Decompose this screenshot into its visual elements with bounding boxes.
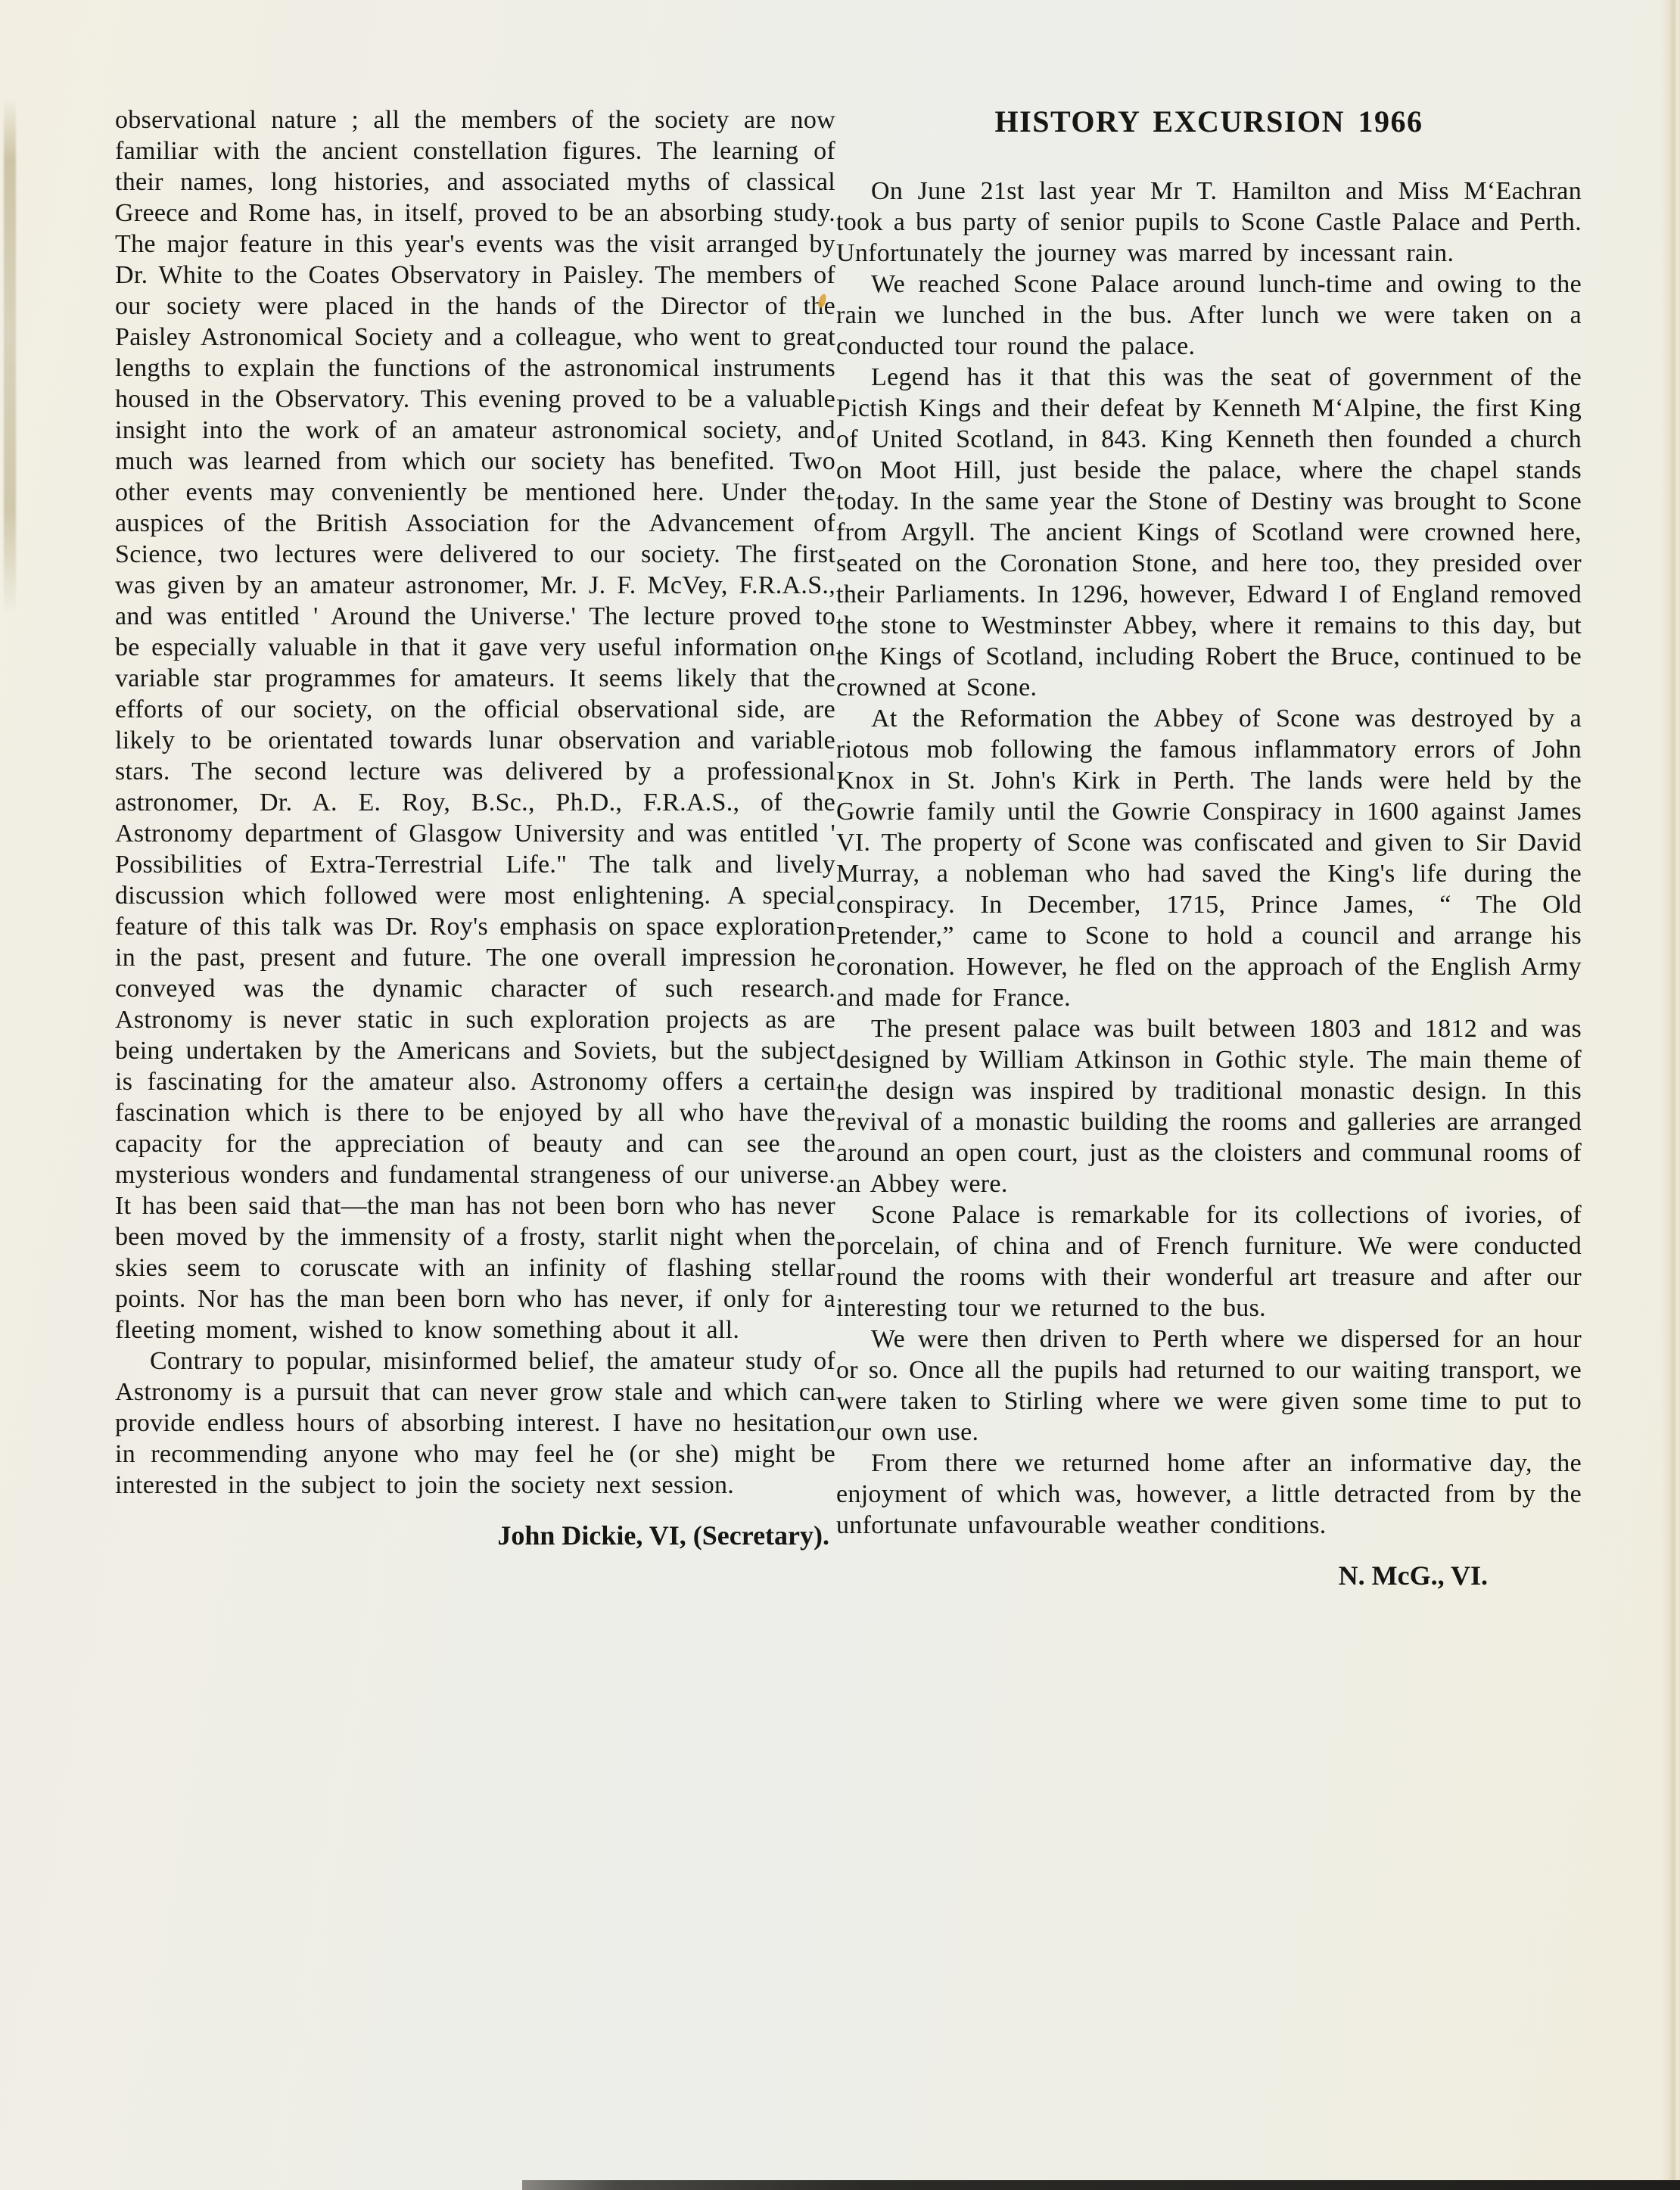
magazine-page: observational nature ; all the members o… xyxy=(0,0,1680,2190)
paragraph: At the Reformation the Abbey of Scone wa… xyxy=(836,703,1582,1013)
scanner-background-bar xyxy=(522,2180,1680,2190)
page-edge-shadow xyxy=(1660,0,1680,2190)
paragraph: On June 21st last year Mr T. Hamilton an… xyxy=(836,176,1582,269)
paragraph: Scone Palace is remarkable for its colle… xyxy=(836,1199,1582,1324)
paragraph: observational nature ; all the members o… xyxy=(115,104,835,1345)
article-title: HISTORY EXCURSION 1966 xyxy=(836,104,1582,139)
paragraph: We reached Scone Palace around lunch-tim… xyxy=(836,269,1582,362)
paragraph: Legend has it that this was the seat of … xyxy=(836,362,1582,703)
history-excursion-article-text: On June 21st last year Mr T. Hamilton an… xyxy=(836,176,1582,1541)
paragraph: Contrary to popular, misinformed belief,… xyxy=(115,1345,835,1501)
right-article-signature: N. McG., VI. xyxy=(836,1559,1582,1592)
binding-crease xyxy=(4,98,16,613)
paragraph: We were then driven to Perth where we di… xyxy=(836,1324,1582,1448)
paragraph: From there we returned home after an inf… xyxy=(836,1448,1582,1541)
left-column: observational nature ; all the members o… xyxy=(115,104,835,1552)
right-column: HISTORY EXCURSION 1966 On June 21st last… xyxy=(836,104,1582,1592)
astronomy-article-text: observational nature ; all the members o… xyxy=(115,104,835,1501)
left-article-signature: John Dickie, VI, (Secretary). xyxy=(115,1519,835,1552)
paragraph: The present palace was built between 180… xyxy=(836,1013,1582,1199)
